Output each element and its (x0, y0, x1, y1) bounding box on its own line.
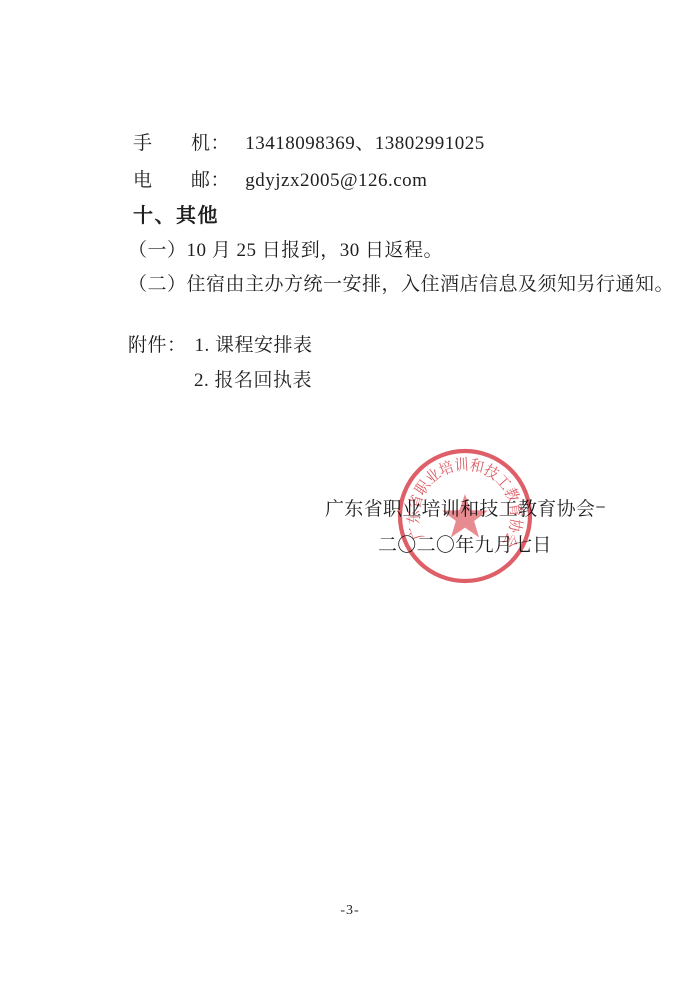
contact-email-value: gdyjzx2005@126.com (245, 170, 427, 191)
section-item-1: （一）10 月 25 日报到，30 日返程。 (128, 238, 443, 264)
attachment-item-2: 2. 报名回执表 (194, 368, 312, 394)
contact-mobile-value: 13418098369、13802991025 (245, 133, 485, 154)
document-page: 手 机： 13418098369、13802991025 电 邮： gdyjzx… (0, 0, 700, 990)
contact-mobile-label-start: 手 (133, 131, 153, 157)
attachments-label: 附件： (128, 335, 187, 356)
contact-mobile-label: 手 机： (133, 131, 230, 157)
section-heading: 十、其他 (133, 203, 219, 229)
contact-email-label-start: 电 (133, 168, 153, 194)
contact-email-label-end: 邮： (191, 168, 230, 194)
section-item-2: （二）住宿由主办方统一安排，入住酒店信息及须知另行通知。 (128, 272, 674, 298)
page-number: -3- (0, 903, 700, 919)
attachments-line-1: 附件：1. 课程安排表 (128, 333, 313, 359)
attachment-item-1: 1. 课程安排表 (195, 335, 313, 356)
contact-email-line: 电 邮： gdyjzx2005@126.com (133, 168, 427, 194)
contact-mobile-line: 手 机： 13418098369、13802991025 (133, 131, 485, 157)
scan-artifact-dash (596, 506, 605, 508)
signature-organization: 广东省职业培训和技工教育协会 (325, 497, 595, 523)
contact-mobile-label-end: 机： (191, 131, 230, 157)
signature-date: 二〇二〇年九月七日 (378, 533, 552, 559)
contact-email-label: 电 邮： (133, 168, 230, 194)
